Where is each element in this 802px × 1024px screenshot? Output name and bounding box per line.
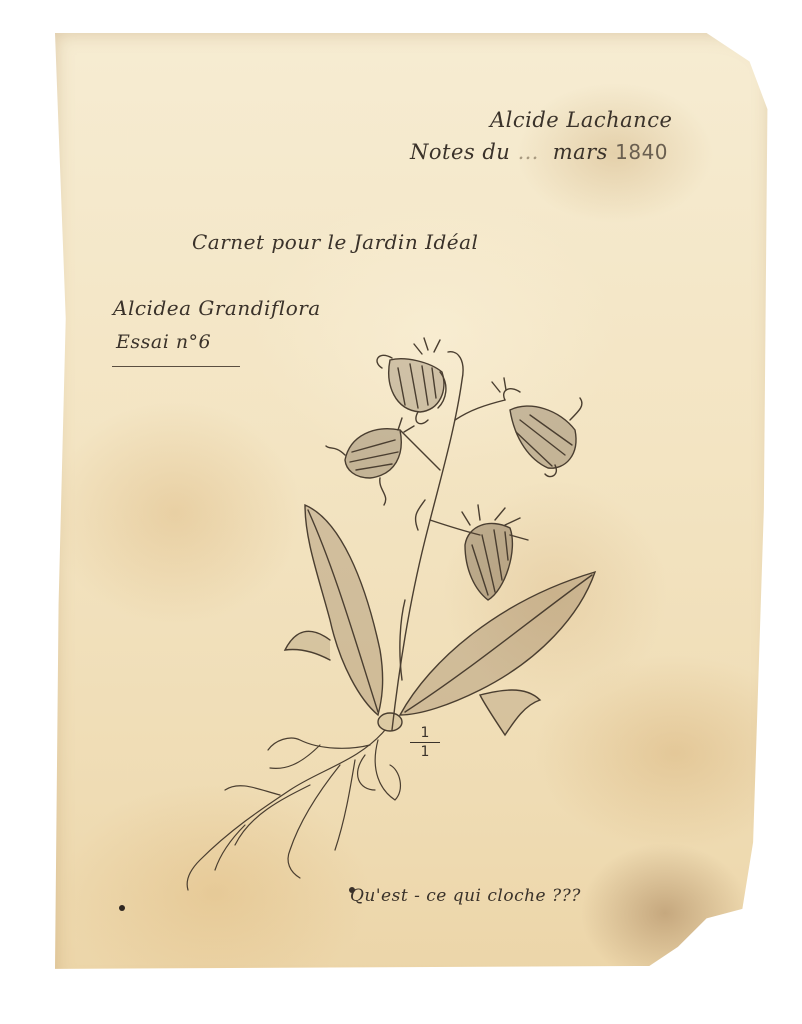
caption-question: Qu'est - ce qui cloche ??? [350,886,581,906]
leaf-icon [400,572,595,735]
flower-bud-icon [326,418,414,505]
scale-denominator: 1 [410,745,440,759]
scale-numerator: 1 [410,726,440,740]
leaf-icon [285,505,383,715]
roots-icon [187,730,400,890]
scale-fraction: 1 1 [410,726,440,759]
flower-bud-icon [492,378,582,477]
flower-bud-icon [377,338,446,424]
flower-bud-icon [462,505,528,600]
plant-illustration [0,0,802,1024]
fraction-bar [410,742,440,743]
